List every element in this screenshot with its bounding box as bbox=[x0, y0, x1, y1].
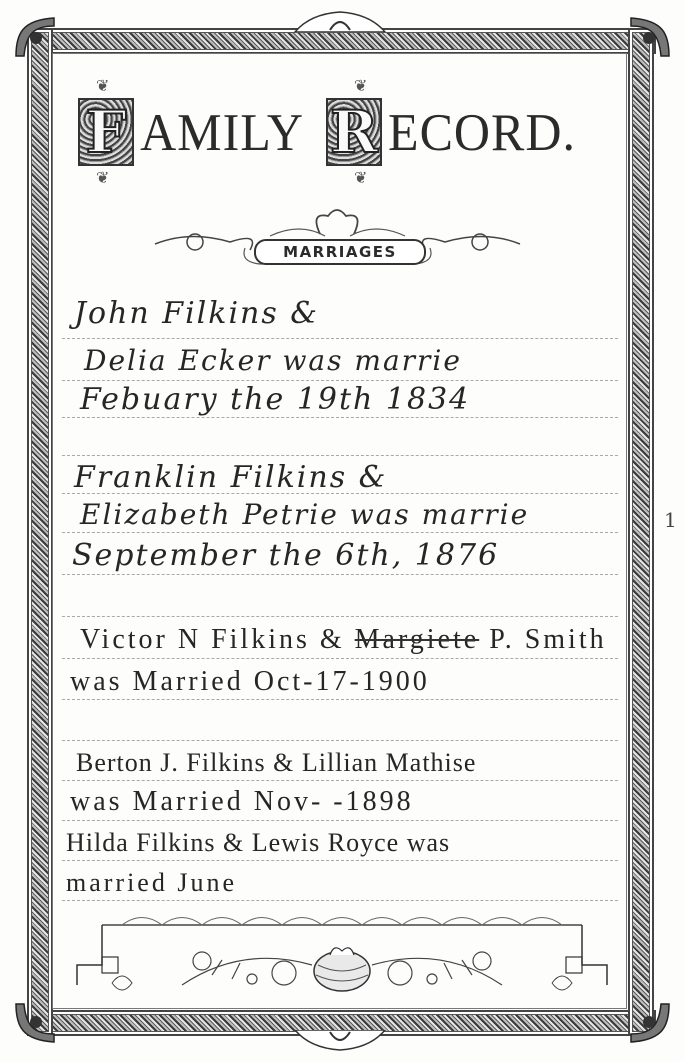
struck-out-name: Margiete bbox=[355, 624, 480, 655]
title-word-family: AMILY bbox=[140, 106, 304, 159]
marriage-entry-line: Franklin Filkins & bbox=[74, 460, 387, 495]
marriage-entry-line: was Married Oct-17-1900 bbox=[70, 666, 430, 698]
ruled-line bbox=[62, 860, 618, 861]
title-word-record: ECORD. bbox=[388, 106, 576, 159]
marriage-entry-line: John Filkins & bbox=[74, 296, 319, 331]
marriage-entry-line: Elizabeth Petrie was marrie bbox=[80, 498, 529, 531]
ruled-line bbox=[62, 780, 618, 781]
section-label-marriages: MARRIAGES bbox=[254, 239, 426, 265]
marriage-entry-line: Hilda Filkins & Lewis Royce was bbox=[66, 828, 450, 858]
crest-ornament-icon bbox=[290, 1030, 390, 1052]
marriage-entry-line: Delia Ecker was marrie bbox=[84, 344, 462, 377]
marriage-entry-line: Berton J. Filkins & Lillian Mathise bbox=[76, 748, 476, 778]
ornamental-border-left bbox=[27, 28, 53, 1036]
inner-frame-rule bbox=[52, 53, 627, 1009]
margin-mark: 1 bbox=[664, 508, 677, 532]
ruled-line bbox=[62, 574, 618, 575]
marriage-entry-line: Febuary the 19th 1834 bbox=[80, 382, 470, 417]
corner-ornament-icon bbox=[12, 1000, 58, 1046]
ruled-line bbox=[62, 417, 618, 418]
ruled-line bbox=[62, 699, 618, 700]
ruled-line bbox=[62, 532, 618, 533]
marriage-entry-line: September the 6th, 1876 bbox=[72, 538, 499, 573]
bird-nest-vignette bbox=[62, 905, 622, 1005]
illuminated-initial-f: F bbox=[78, 98, 134, 166]
ruled-line bbox=[62, 900, 618, 901]
corner-ornament-icon bbox=[627, 14, 673, 60]
marriage-entry-line: married June bbox=[66, 868, 237, 898]
family-record-page: F AMILY R ECORD. ❦ ❦ ❦ ❦ MARRIAGES bbox=[0, 0, 685, 1062]
ruled-line bbox=[62, 820, 618, 821]
crest-ornament-icon bbox=[290, 10, 390, 32]
marriage-entry-line: Victor N Filkins & Margiete P. Smith bbox=[80, 624, 607, 656]
ruled-line bbox=[62, 455, 618, 456]
marriage-entry-line: was Married Nov- -1898 bbox=[70, 786, 414, 818]
ruled-line bbox=[62, 338, 618, 339]
ruled-line bbox=[62, 616, 618, 617]
illuminated-initial-r: R bbox=[326, 98, 382, 166]
ruled-line bbox=[62, 380, 618, 381]
fleur-ornament-icon: ❦ bbox=[96, 76, 109, 95]
fleur-ornament-icon: ❦ bbox=[354, 168, 367, 187]
ornamental-border-right bbox=[628, 28, 654, 1036]
corner-ornament-icon bbox=[627, 1000, 673, 1046]
ruled-line bbox=[62, 740, 618, 741]
ruled-line bbox=[62, 658, 618, 659]
section-banner: MARRIAGES bbox=[150, 202, 525, 272]
fleur-ornament-icon: ❦ bbox=[96, 168, 109, 187]
fleur-ornament-icon: ❦ bbox=[354, 76, 367, 95]
page-title: F AMILY R ECORD. bbox=[78, 96, 598, 168]
corner-ornament-icon bbox=[12, 14, 58, 60]
